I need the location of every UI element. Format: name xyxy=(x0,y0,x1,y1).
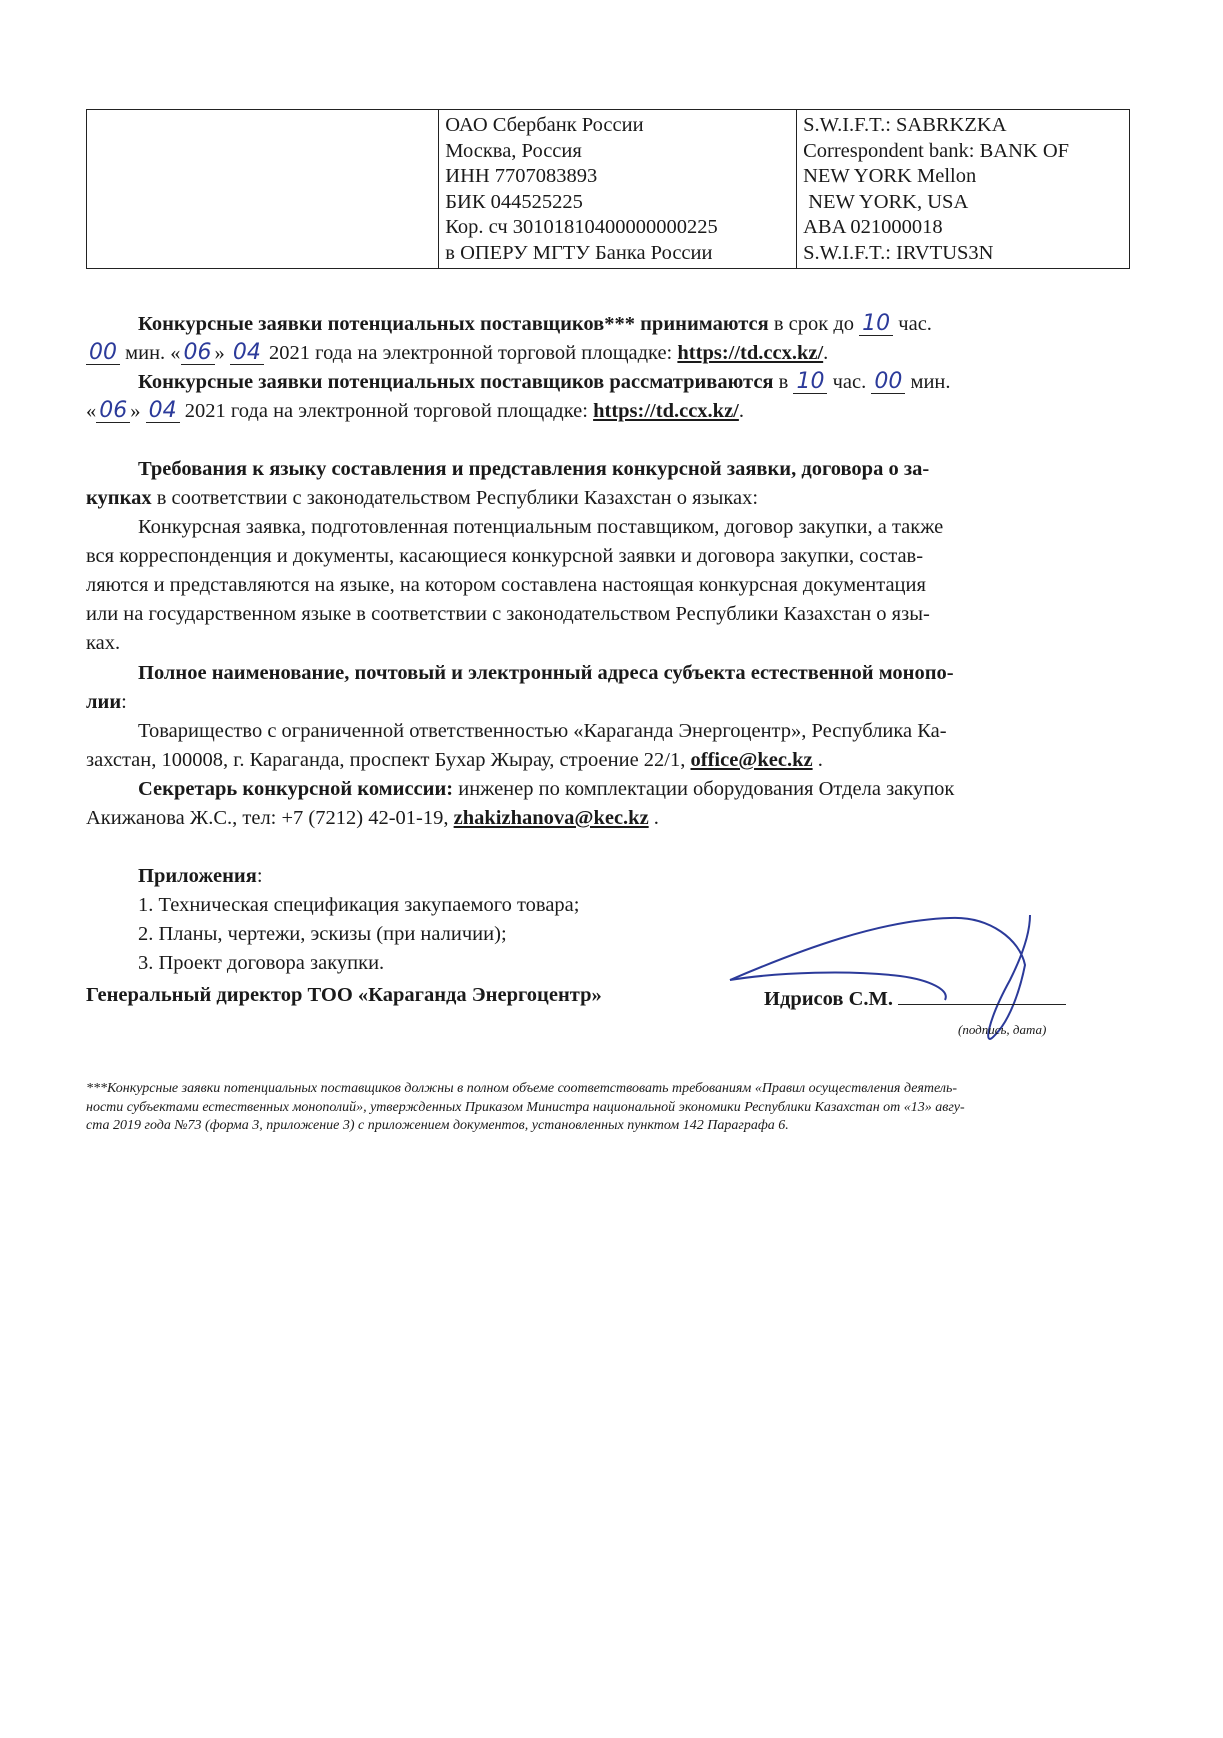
language-section: Требования к языку составления и предста… xyxy=(86,455,1150,658)
review-text: час. xyxy=(827,371,871,393)
trading-platform-link[interactable]: https://td.ccx.kz/ xyxy=(593,400,739,422)
attachments-heading: Приложения: xyxy=(86,862,1150,891)
bank-corr-account: Кор. сч 30101810400000000225 xyxy=(445,215,790,241)
language-body-line: ках. xyxy=(86,629,1150,658)
attachments-heading-end: : xyxy=(257,865,263,887)
secretary-line-2: Акижанова Ж.С., тел: +7 (7212) 42-01-19,… xyxy=(86,804,1150,833)
secretary-text: инженер по комплектации оборудования Отд… xyxy=(453,778,954,800)
review-text: в xyxy=(774,371,794,393)
footnote-line: ста 2019 года №73 (форма 3, приложение 3… xyxy=(86,1117,1150,1136)
correspondent-bank: Correspondent bank: BANK OF xyxy=(803,139,1123,165)
accept-end: . xyxy=(823,342,828,364)
secretary-text: Акижанова Ж.С., тел: +7 (7212) 42-01-19, xyxy=(86,807,454,829)
review-lead: Конкурсные заявки потенциальных поставщи… xyxy=(138,371,774,393)
entity-heading-text: лии xyxy=(86,691,121,713)
swift-1: S.W.I.F.T.: SABRKZKA xyxy=(803,113,1123,139)
accept-line-1: Конкурсные заявки потенциальных поставщи… xyxy=(86,310,1150,339)
language-heading-text: купках xyxy=(86,487,152,509)
language-heading: Требования к языку составления и предста… xyxy=(86,455,1150,484)
director-name: Идрисов С.М. xyxy=(764,988,893,1010)
handwritten-month: 04 xyxy=(230,342,264,365)
review-text: » xyxy=(130,400,145,422)
trading-platform-link[interactable]: https://td.ccx.kz/ xyxy=(677,342,823,364)
accept-line-2: 00 мин. «06» 04 2021 года на электронной… xyxy=(86,339,1150,368)
signer-block: Идрисов С.М. xyxy=(764,984,1066,1011)
footnote-line: ности субъектами естественных монополий»… xyxy=(86,1099,1150,1118)
entity-address-line: Товарищество с ограниченной ответственно… xyxy=(86,717,1150,746)
bank-inn: ИНН 7707083893 xyxy=(445,164,790,190)
entity-address-line2: захстан, 100008, г. Караганда, проспект … xyxy=(86,746,1150,775)
language-body-line: вся корреспонденция и документы, касающи… xyxy=(86,542,1150,571)
handwritten-day: 06 xyxy=(181,342,215,365)
language-heading-rest: в соответствии с законодательством Респу… xyxy=(152,487,759,509)
secretary-line-1: Секретарь конкурсной комиссии: инженер п… xyxy=(86,775,1150,804)
bank-details-table: ОАО Сбербанк России Москва, Россия ИНН 7… xyxy=(86,109,1130,269)
review-text: 2021 года на электронной торговой площад… xyxy=(180,400,593,422)
correspondent-bank-name: NEW YORK Mellon xyxy=(803,164,1123,190)
footnote: ***Конкурсные заявки потенциальных поста… xyxy=(86,1080,1150,1136)
entity-email-end: . xyxy=(813,749,823,771)
review-end: . xyxy=(739,400,744,422)
handwritten-hour: 10 xyxy=(793,371,827,394)
entity-heading-line2: лии: xyxy=(86,688,1150,717)
bank-table-correspondent-us: S.W.I.F.T.: SABRKZKA Correspondent bank:… xyxy=(797,110,1130,269)
director-position: Генеральный директор ТОО «Караганда Энер… xyxy=(86,984,602,1006)
handwritten-hour: 10 xyxy=(859,313,893,336)
entity-heading-text: Полное наименование, почтовый и электрон… xyxy=(138,662,954,684)
signature-row: Генеральный директор ТОО «Караганда Энер… xyxy=(86,984,1166,1007)
review-line-1: Конкурсные заявки потенциальных поставщи… xyxy=(86,368,1150,397)
correspondent-city: NEW YORK, USA xyxy=(803,190,1123,216)
secretary-label: Секретарь конкурсной комиссии: xyxy=(138,778,453,800)
attachments-heading-text: Приложения xyxy=(138,865,257,887)
bank-bik: БИК 044525225 xyxy=(445,190,790,216)
handwritten-minute: 00 xyxy=(86,342,120,365)
entity-heading: Полное наименование, почтовый и электрон… xyxy=(86,659,1150,688)
language-body-line: Конкурсная заявка, подготовленная потенц… xyxy=(86,513,1150,542)
secretary-email-link[interactable]: zhakizhanova@kec.kz xyxy=(454,807,649,829)
accept-text: час. xyxy=(893,313,932,335)
aba-number: ABA 021000018 xyxy=(803,215,1123,241)
review-text: « xyxy=(86,400,96,422)
accept-lead: Конкурсные заявки потенциальных поставщи… xyxy=(138,313,769,335)
entity-section: Полное наименование, почтовый и электрон… xyxy=(86,659,1150,833)
language-heading-line2: купках в соответствии с законодательство… xyxy=(86,484,1150,513)
handwritten-month: 04 xyxy=(146,400,180,423)
entity-heading-end: : xyxy=(121,691,127,713)
footnote-line: ***Конкурсные заявки потенциальных поста… xyxy=(86,1080,1150,1099)
bank-city: Москва, Россия xyxy=(445,139,790,165)
bank-branch: в ОПЕРУ МГТУ Банка России xyxy=(445,241,790,267)
language-heading-text: Требования к языку составления и предста… xyxy=(138,458,929,480)
language-body-line: ляются и представляются на языке, на кот… xyxy=(86,571,1150,600)
accept-text: в срок до xyxy=(769,313,859,335)
handwritten-day: 06 xyxy=(96,400,130,423)
signature-line xyxy=(898,984,1066,1005)
swift-2: S.W.I.F.T.: IRVTUS3N xyxy=(803,241,1123,267)
bank-table-empty-cell xyxy=(87,110,439,269)
review-line-2: «06» 04 2021 года на электронной торгово… xyxy=(86,397,1150,426)
accept-text: » xyxy=(215,342,230,364)
deadlines-section: Конкурсные заявки потенциальных поставщи… xyxy=(86,310,1150,426)
accept-text: мин. « xyxy=(120,342,181,364)
secretary-email-end: . xyxy=(649,807,659,829)
document-page: ОАО Сбербанк России Москва, Россия ИНН 7… xyxy=(0,0,1223,1738)
entity-address-text: захстан, 100008, г. Караганда, проспект … xyxy=(86,749,691,771)
handwritten-minute: 00 xyxy=(871,371,905,394)
accept-text: 2021 года на электронной торговой площад… xyxy=(264,342,677,364)
signature-caption: (подпись, дата) xyxy=(958,1022,1046,1038)
bank-name: ОАО Сбербанк России xyxy=(445,113,790,139)
review-text: мин. xyxy=(905,371,950,393)
bank-table-correspondent-ru: ОАО Сбербанк России Москва, Россия ИНН 7… xyxy=(439,110,797,269)
office-email-link[interactable]: office@kec.kz xyxy=(691,749,813,771)
language-body-line: или на государственном языке в соответст… xyxy=(86,600,1150,629)
